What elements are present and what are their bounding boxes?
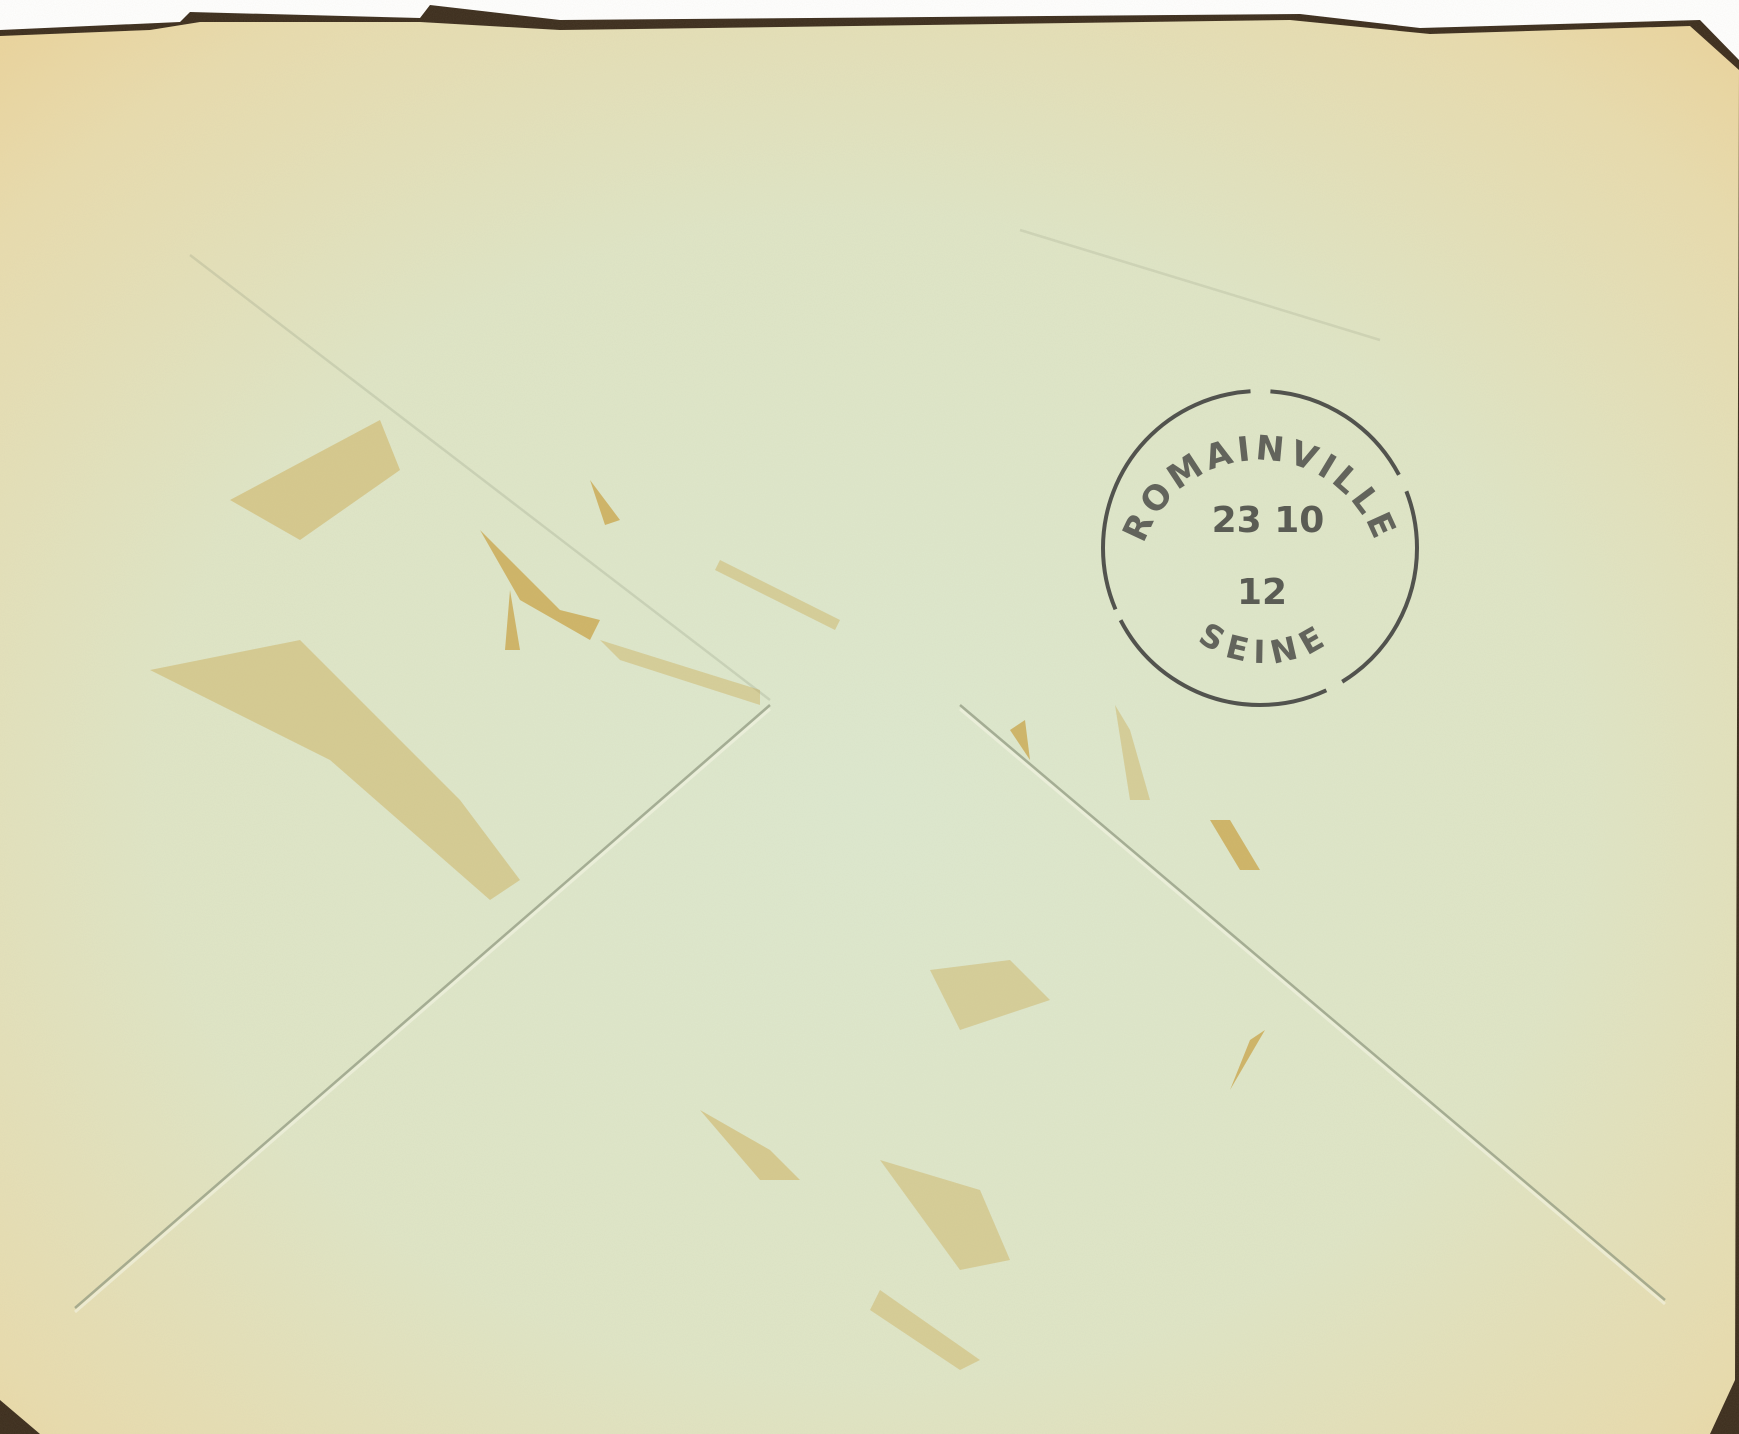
postmark-year: 12 xyxy=(1237,572,1287,613)
postmark-date: 23 10 xyxy=(1212,500,1325,541)
envelope-back: ROMAINVILLE 23 10 12 SEINE xyxy=(0,0,1739,1434)
